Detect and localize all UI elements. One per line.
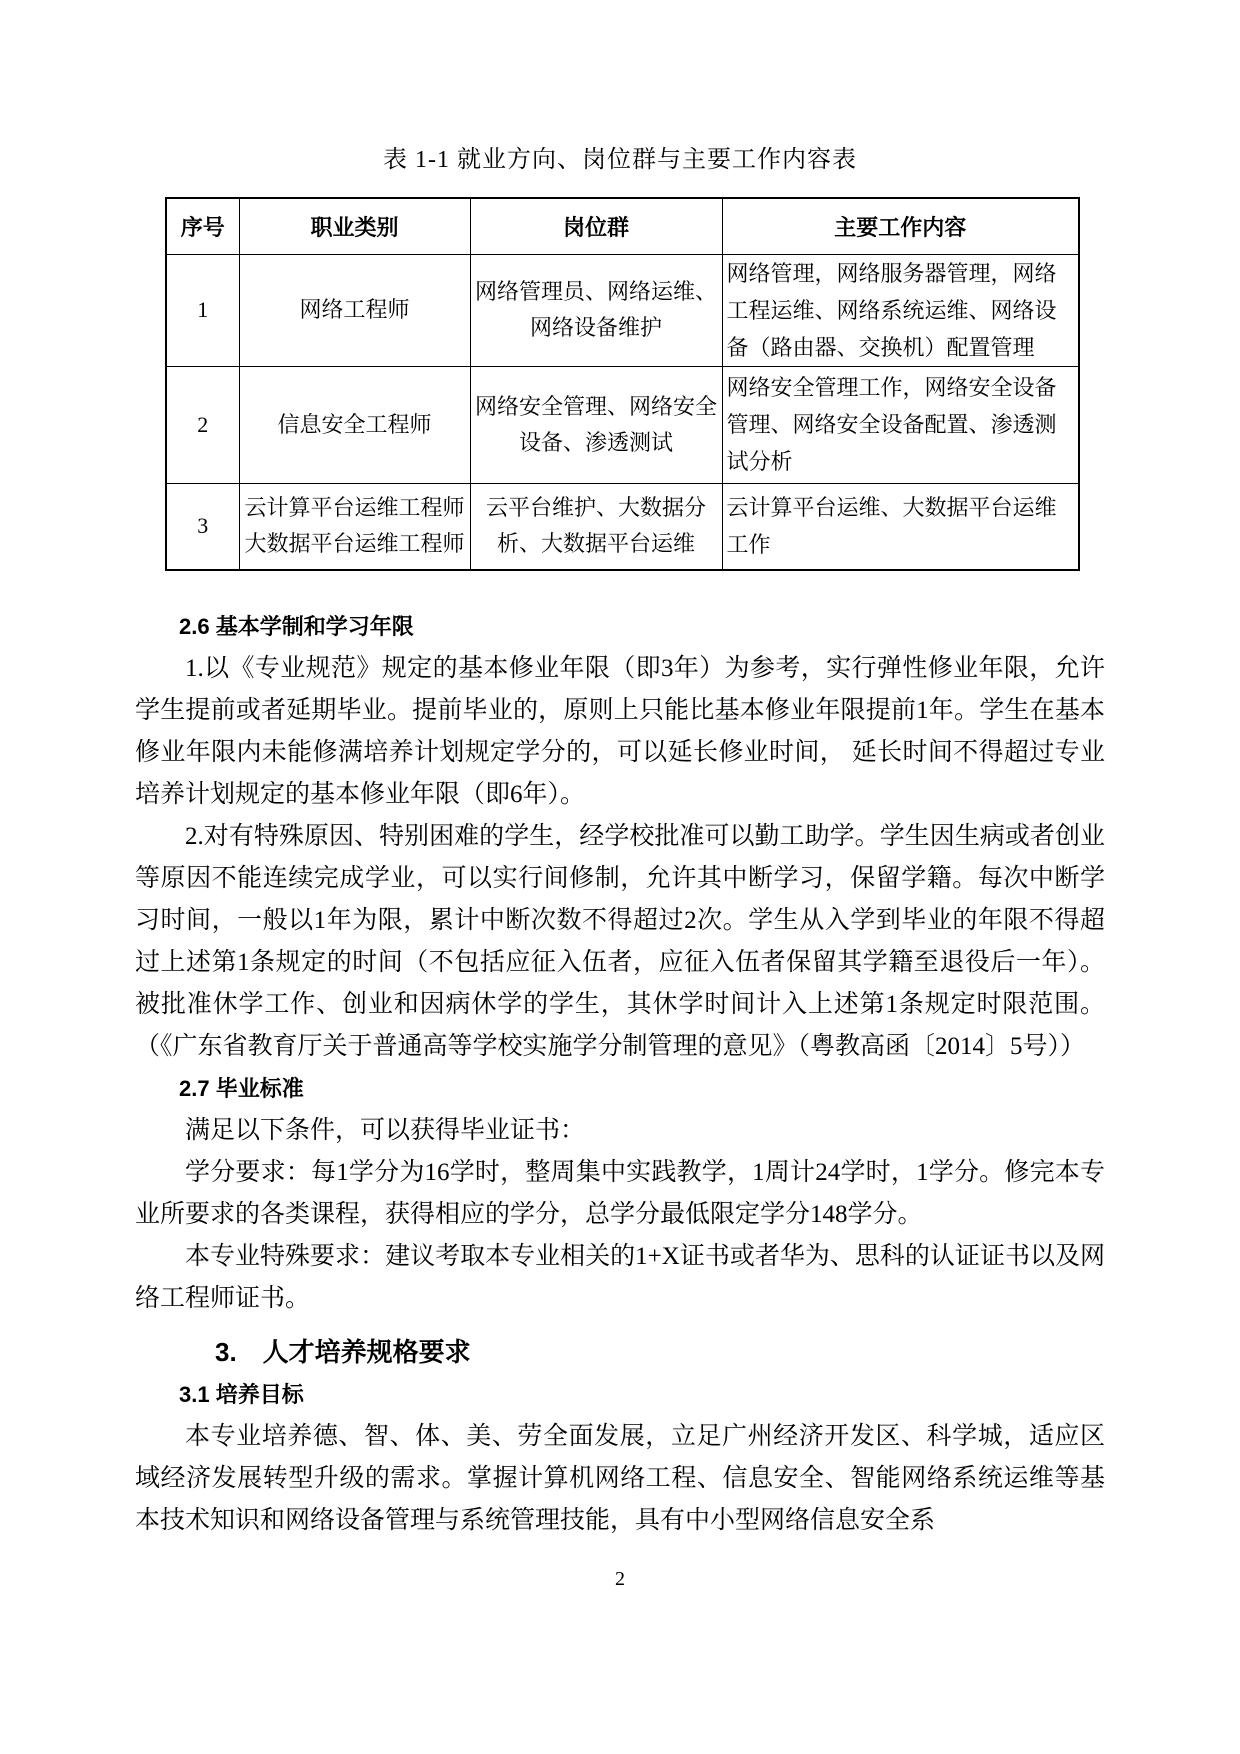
table-row: 2 信息安全工程师 网络安全管理、网络安全设备、渗透测试 网络安全管理工作，网络… xyxy=(166,366,1079,483)
post-group-cell: 网络管理员、网络运维、网络设备维护 xyxy=(470,254,722,366)
paragraph-2-7-3: 本专业特殊要求：建议考取本专业相关的1+X证书或者华为、思科的认证证书以及网络工… xyxy=(135,1236,1105,1320)
paragraph-2-6-1: 1.以《专业规范》规定的基本修业年限（即3年）为参考，实行弹性修业年限，允许学生… xyxy=(135,648,1105,816)
section-heading-2-7: 2.7 毕业标准 xyxy=(135,1068,1105,1110)
table-caption: 表 1-1 就业方向、岗位群与主要工作内容表 xyxy=(135,140,1105,180)
page-number: 2 xyxy=(135,1558,1105,1600)
paragraph-2-7-2: 学分要求：每1学分为16学时，整周集中实践教学，1周计24学时，1学分。修完本专… xyxy=(135,1152,1105,1236)
table-row: 3 云计算平台运维工程师 大数据平台运维工程师 云平台维护、大数据分析、大数据平… xyxy=(166,483,1079,570)
post-group-cell: 网络安全管理、网络安全设备、渗透测试 xyxy=(470,366,722,483)
career-category-cell: 云计算平台运维工程师 大数据平台运维工程师 xyxy=(239,483,470,570)
row-number-cell: 1 xyxy=(166,254,239,366)
row-number-cell: 2 xyxy=(166,366,239,483)
paragraph-2-7-1: 满足以下条件，可以获得毕业证书： xyxy=(135,1110,1105,1152)
work-content-cell: 网络管理，网络服务器管理，网络工程运维、网络系统运维、网络设备（路由器、交换机）… xyxy=(722,254,1079,366)
work-content-cell: 云计算平台运维、大数据平台运维工作 xyxy=(722,483,1079,570)
table-row: 1 网络工程师 网络管理员、网络运维、网络设备维护 网络管理，网络服务器管理，网… xyxy=(166,254,1079,366)
header-cell-main-work: 主要工作内容 xyxy=(722,198,1079,254)
header-cell-category: 职业类别 xyxy=(239,198,470,254)
section-heading-2-6: 2.6 基本学制和学习年限 xyxy=(135,606,1105,648)
section-heading-3: 3. 人才培养规格要求 xyxy=(135,1330,1105,1374)
header-cell-post-group: 岗位群 xyxy=(470,198,722,254)
post-group-cell: 云平台维护、大数据分析、大数据平台运维 xyxy=(470,483,722,570)
paragraph-3-1-1: 本专业培养德、智、体、美、劳全面发展，立足广州经济开发区、科学城，适应区域经济发… xyxy=(135,1416,1105,1542)
table-header-row: 序号 职业类别 岗位群 主要工作内容 xyxy=(166,198,1079,254)
header-cell-number: 序号 xyxy=(166,198,239,254)
paragraph-2-6-2: 2.对有特殊原因、特别困难的学生，经学校批准可以勤工助学。学生因生病或者创业等原… xyxy=(135,816,1105,1068)
document-page: 表 1-1 就业方向、岗位群与主要工作内容表 序号 职业类别 岗位群 主要工作内… xyxy=(0,0,1240,1754)
work-content-cell: 网络安全管理工作，网络安全设备管理、网络安全设备配置、渗透测试分析 xyxy=(722,366,1079,483)
row-number-cell: 3 xyxy=(166,483,239,570)
employment-table: 序号 职业类别 岗位群 主要工作内容 1 网络工程师 网络管理员、网络运维、网络… xyxy=(165,197,1080,571)
section-heading-3-1: 3.1 培养目标 xyxy=(135,1374,1105,1416)
career-category-cell: 网络工程师 xyxy=(239,254,470,366)
career-category-cell: 信息安全工程师 xyxy=(239,366,470,483)
